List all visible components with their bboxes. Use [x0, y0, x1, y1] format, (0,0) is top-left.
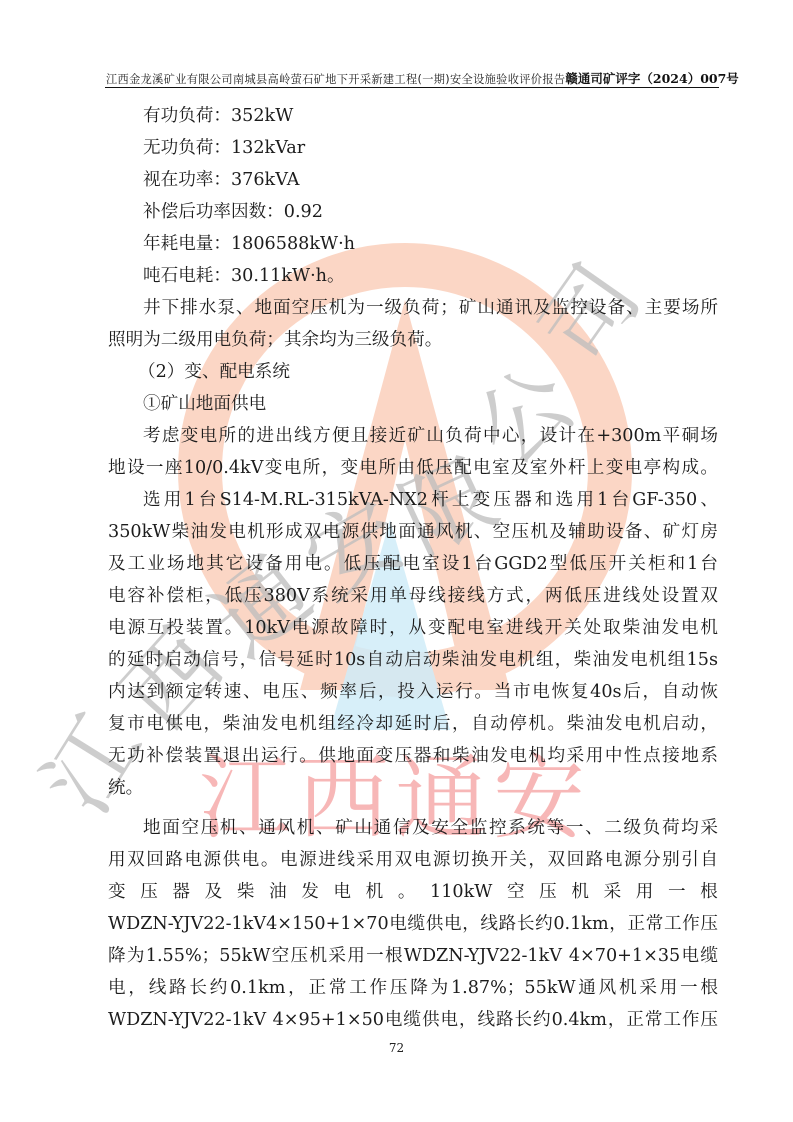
text-line: 电源互投装置。10kV电源故障时，从变配电室进线开关处取柴油发电机 [108, 612, 718, 644]
token: 发 [301, 876, 319, 908]
text-line: 吨石电耗：30.11kW·h。 [108, 260, 718, 292]
text-line: 有功负荷：352kW [108, 100, 718, 132]
token: 器 [172, 876, 190, 908]
token: 及 [205, 876, 223, 908]
token: 空 [507, 876, 525, 908]
text-line-spaced: 变 压 器 及 柴 油 发 电 机 。 110kW 空 压 机 采 用 一 根 [108, 876, 718, 908]
text-line: 的延时启动信号，信号延时10s自动启动柴油发电机组，柴油发电机组15s [108, 644, 718, 676]
token: 油 [269, 876, 287, 908]
header-divider [105, 87, 719, 88]
text-line: 考虑变电所的进出线方便且接近矿山负荷中心，设计在+300m平硐场 [108, 420, 718, 452]
token: 压 [140, 876, 158, 908]
token: 压 [539, 876, 557, 908]
text-line: 照明为二级用电负荷；其余均为三级负荷。 [108, 324, 718, 356]
token: 柴 [237, 876, 255, 908]
text-line: 年耗电量：1806588kW·h [108, 228, 718, 260]
token: 变 [108, 876, 126, 908]
text-line: 地面空压机、通风机、矿山通信及安全监控系统等一、二级负荷均采 [108, 812, 718, 844]
text-line: 及工业场地其它设备用电。低压配电室设1台GGD2型低压开关柜和1台 [108, 548, 718, 580]
header-doc-number: 赣通司矿评字（2024）007号 [565, 69, 738, 87]
token: 机 [366, 876, 384, 908]
page-number: 72 [0, 1041, 793, 1055]
token: 电 [333, 876, 351, 908]
text-line: 复市电供电，柴油发电机组经冷却延时后，自动停机。柴油发电机启动， [108, 708, 718, 740]
text-line: 统。 [108, 772, 718, 804]
token: 110kW [430, 876, 492, 908]
text-line: 降为1.55%；55kW空压机采用一根WDZN-YJV22-1kV 4×70+1… [108, 940, 718, 972]
token: 一 [668, 876, 686, 908]
text-line: 电容补偿柜，低压380V系统采用单母线接线方式，两低压进线处设置双 [108, 580, 718, 612]
page-header: 江西金龙溪矿业有限公司南城县高岭萤石矿地下开采新建工程(一期)安全设施验收评价报… [106, 67, 718, 87]
text-line: 视在功率：376kVA [108, 164, 718, 196]
token: 根 [700, 876, 718, 908]
header-report-title: 江西金龙溪矿业有限公司南城县高岭萤石矿地下开采新建工程(一期)安全设施验收评价报… [106, 71, 565, 87]
text-line: 地设一座10/0.4kV变电所，变电所由低压配电室及室外杆上变电亭构成。 [108, 452, 718, 484]
text-line: 无功补偿装置退出运行。供地面变压器和柴油发电机均采用中性点接地系 [108, 740, 718, 772]
text-line: 350kW柴油发电机形成双电源供地面通风机、空压机及辅助设备、矿灯房 [108, 516, 718, 548]
text-line: 内达到额定转速、电压、频率后，投入运行。当市电恢复40s后，自动恢 [108, 676, 718, 708]
text-line: 电，线路长约0.1km，正常工作压降为1.87%；55kW通风机采用一根 [108, 972, 718, 1004]
text-line: 补偿后功率因数：0.92 [108, 196, 718, 228]
token: 机 [571, 876, 589, 908]
document-page: 江 西 通 安 限 公 司 江西通安 江西金龙溪矿业有限公司南城县高岭萤石矿地下… [0, 0, 793, 1122]
text-line: WDZN-YJV22-1kV 4×95+1×50电缆供电，线路长约0.4km，正… [108, 1004, 718, 1036]
token: 。 [398, 876, 416, 908]
text-line: WDZN-YJV22-1kV4×150+1×70电缆供电，线路长约0.1km，正… [108, 908, 718, 940]
text-line: 井下排水泵、地面空压机为一级负荷；矿山通讯及监控设备、主要场所 [108, 292, 718, 324]
subsection-heading: ①矿山地面供电 [108, 388, 718, 420]
token: 用 [636, 876, 654, 908]
token: 采 [604, 876, 622, 908]
section-heading: （2）变、配电系统 [108, 356, 713, 388]
text-line: 选用1台S14-M.RL-315kVA-NX2杆上变压器和选用1台GF-350、 [108, 484, 718, 516]
text-line: 用双回路电源供电。电源进线采用双电源切换开关，双回路电源分别引自 [108, 844, 718, 876]
text-line: 无功负荷：132kVar [108, 132, 718, 164]
